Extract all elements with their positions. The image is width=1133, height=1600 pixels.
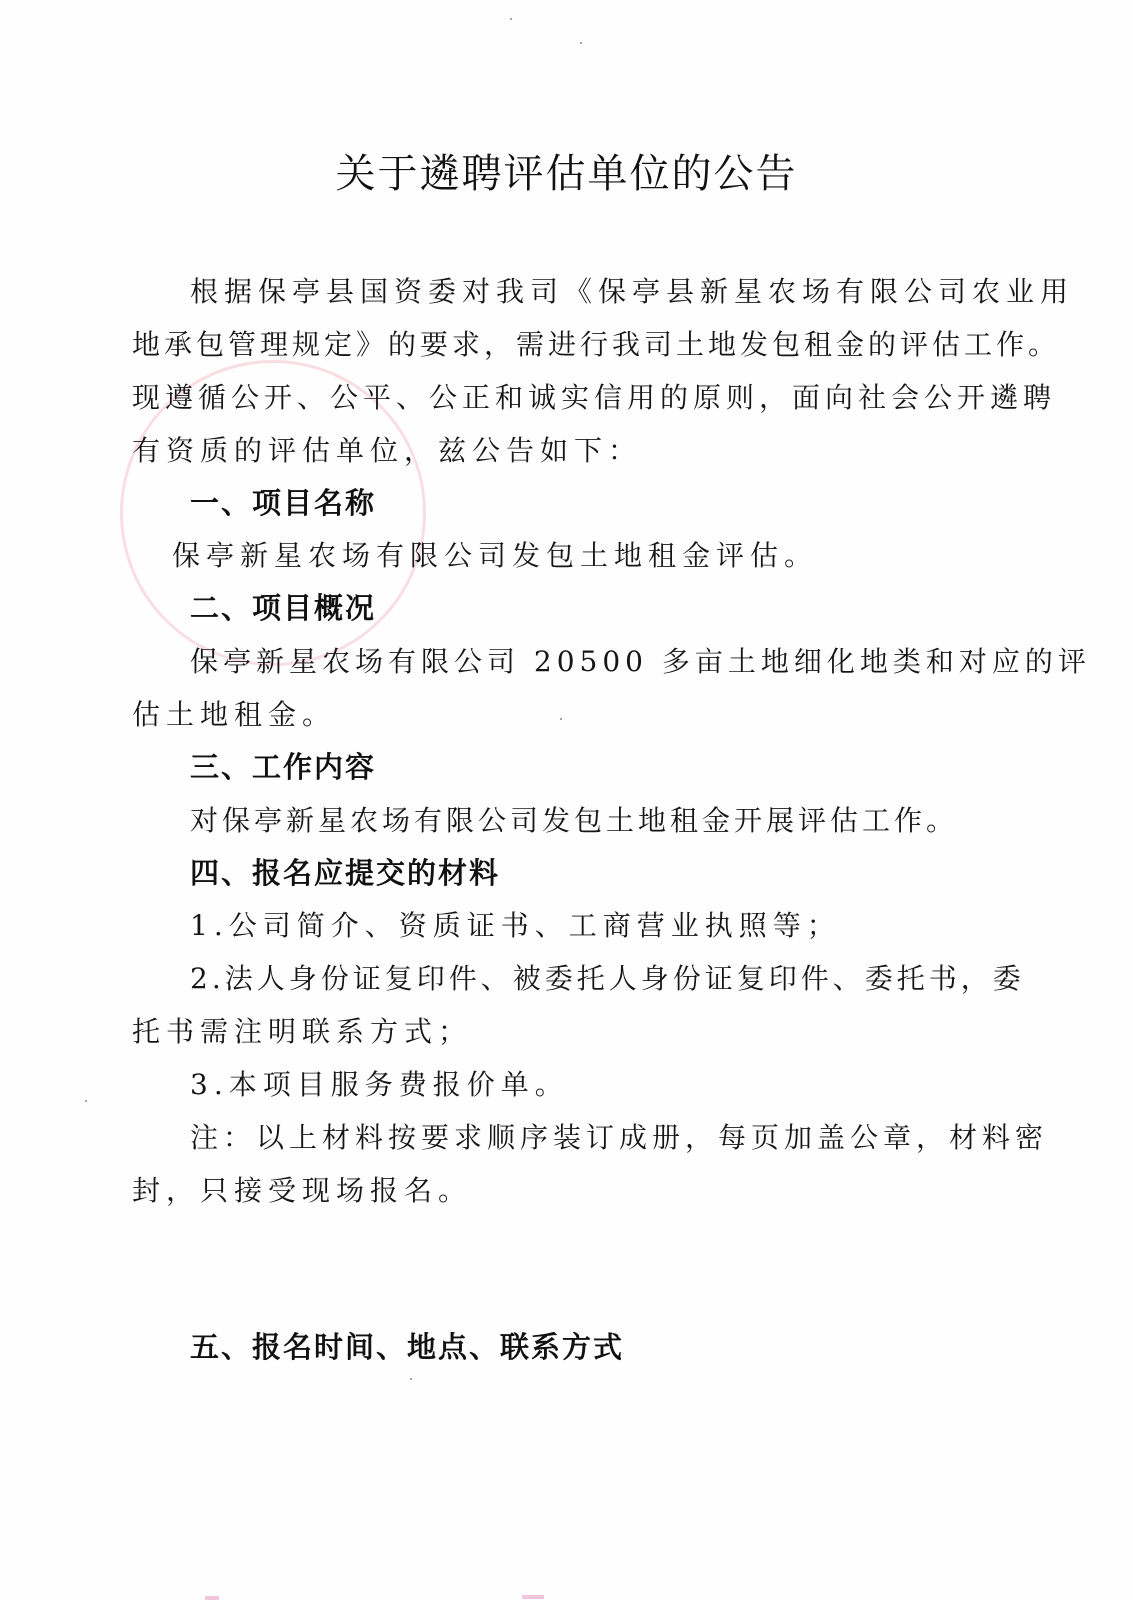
- section-4-item-2-cont: 托书需注明联系方式；: [132, 1010, 472, 1050]
- intro-line-2: 地承包管理规定》的要求，需进行我司土地发包租金的评估工作。: [132, 323, 1060, 363]
- document-title: 关于遴聘评估单位的公告: [0, 142, 1133, 199]
- scan-speck: [510, 18, 512, 20]
- section-2-heading: 二、项目概况: [190, 586, 376, 627]
- scan-speck: [560, 718, 562, 720]
- section-4-item-2: 2.法人身份证复印件、被委托人身份证复印件、委托书，委: [190, 957, 1025, 997]
- stamp-bleed-mark: [205, 1596, 219, 1600]
- scan-speck: [580, 42, 582, 44]
- document-page: 关于遴聘评估单位的公告 根据保亭县国资委对我司《保亭县新星农场有限公司农业用 地…: [0, 0, 1133, 1600]
- section-2-line-1: 保亭新星农场有限公司 20500 多亩土地细化地类和对应的评: [190, 640, 1091, 680]
- section-4-item-3: 3.本项目服务费报价单。: [190, 1063, 569, 1103]
- section-4-note-cont: 封，只接受现场报名。: [132, 1169, 472, 1209]
- section-4-note: 注：以上材料按要求顺序装订成册，每页加盖公章，材料密: [190, 1116, 1048, 1156]
- section-3-heading: 三、工作内容: [190, 745, 376, 786]
- section-1-line-1: 保亭新星农场有限公司发包土地租金评估。: [172, 534, 818, 574]
- scan-speck: [85, 1100, 87, 1102]
- section-2-line-2: 估土地租金。: [132, 693, 336, 733]
- stamp-bleed-mark: [522, 1595, 544, 1599]
- intro-line-3: 现遵循公开、公平、公正和诚实信用的原则，面向社会公开遴聘: [132, 376, 1056, 416]
- intro-line-4: 有资质的评估单位，兹公告如下：: [132, 429, 642, 469]
- scan-speck: [410, 1378, 412, 1380]
- section-1-heading: 一、项目名称: [190, 481, 376, 522]
- section-3-line-1: 对保亭新星农场有限公司发包土地租金开展评估工作。: [190, 799, 958, 839]
- section-4-item-1: 1.公司简介、资质证书、工商营业执照等；: [190, 904, 841, 944]
- section-4-heading: 四、报名应提交的材料: [190, 851, 500, 892]
- section-5-heading: 五、报名时间、地点、联系方式: [190, 1325, 624, 1366]
- intro-line-1: 根据保亭县国资委对我司《保亭县新星农场有限公司农业用: [190, 270, 1074, 310]
